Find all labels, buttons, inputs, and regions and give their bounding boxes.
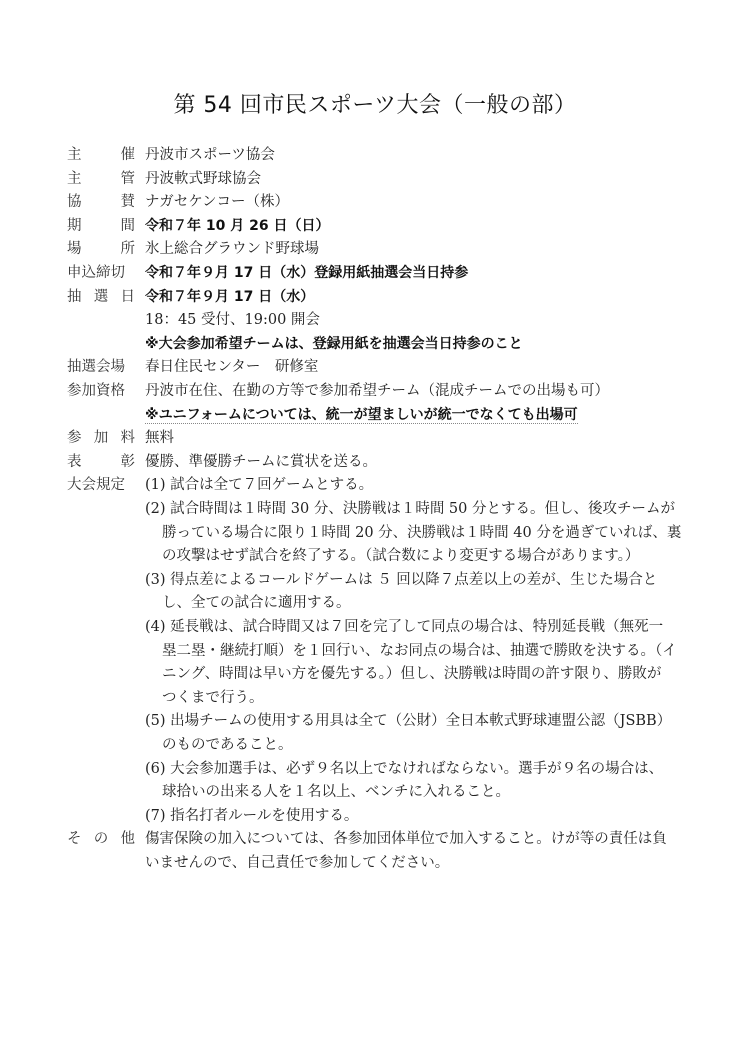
field-label: 協賛 — [67, 190, 135, 214]
field-value: 優勝、準優勝チームに賞状を送る。 — [145, 454, 377, 470]
other-note-line: いませんので、自己責任で参加してください。 — [145, 851, 449, 875]
field-value: 氷上総合グラウンド野球場 — [145, 241, 319, 257]
field-label: その他 — [67, 827, 135, 851]
field-label-char: 所 — [121, 237, 136, 261]
field-label-char: 抽選会場 — [67, 355, 125, 379]
field-value: 令和７年９月 17 日（水）登録用紙抽選会当日持参 — [145, 265, 468, 281]
field-value: ※ユニフォームについては、統一が望ましいが統一でなくても出場可 — [145, 407, 578, 424]
field-label: 大会規定 — [67, 473, 135, 497]
field-value-wrap: 無料 — [145, 426, 174, 450]
field-label: 場所 — [67, 237, 135, 261]
field-label-char: 参 — [67, 426, 82, 450]
field-label-char: 主 — [67, 167, 82, 191]
field-label-char: 大会規定 — [67, 473, 125, 497]
rule-item: (1) 試合は全て７回ゲームとする。 — [145, 473, 373, 497]
field-value-wrap: 18：45 受付、19:00 開会 — [145, 308, 320, 332]
field-label: 主催 — [67, 143, 135, 167]
field-label-char: 表 — [67, 450, 82, 474]
document-page: 第 54 回市民スポーツ大会（一般の部） 主催丹波市スポーツ協会主管丹波軟式野球… — [0, 0, 750, 1060]
rule-continuation: 球拾いの出来る人を１名以上、ベンチに入れること。 — [162, 780, 510, 804]
field-label: 抽選会場 — [67, 355, 135, 379]
field-label-char: 期 — [67, 214, 82, 238]
field-value: ※大会参加希望チームは、登録用紙を抽選会当日持参のこと — [145, 336, 523, 352]
field-value: 18：45 受付、19:00 開会 — [145, 312, 320, 328]
rule-item: (7) 指名打者ルールを使用する。 — [145, 804, 358, 828]
field-label-char: 主 — [67, 143, 82, 167]
field-label-char: 料 — [121, 426, 136, 450]
field-label-char: 選 — [94, 285, 109, 309]
rule-continuation: し、全ての試合に適用する。 — [162, 591, 351, 615]
field-value-wrap: 丹波市スポーツ協会 — [145, 143, 275, 167]
field-value-wrap: 令和７年 10 月 26 日（日） — [145, 214, 329, 238]
field-value-wrap: 優勝、準優勝チームに賞状を送る。 — [145, 450, 377, 474]
field-value: 令和７年９月 17 日（水） — [145, 289, 314, 305]
field-label: 参加資格 — [67, 379, 135, 403]
field-label: 抽選日 — [67, 285, 135, 309]
rule-continuation: の攻撃はせず試合を終了する。（試合数により変更する場合があります。） — [162, 544, 639, 568]
field-label-char: 他 — [121, 827, 136, 851]
field-label-char: 彰 — [121, 450, 136, 474]
field-value: 丹波市スポーツ協会 — [145, 147, 275, 163]
field-label-char: 日 — [121, 285, 136, 309]
rule-continuation: つくまで行う。 — [162, 686, 264, 710]
rule-item: (4) 延長戦は、試合時間又は７回を完了して同点の場合は、特別延長戦（無死一 — [145, 615, 663, 639]
document-title: 第 54 回市民スポーツ大会（一般の部） — [0, 88, 750, 119]
field-value: 春日住民センター 研修室 — [145, 359, 318, 375]
field-label-char: そ — [67, 827, 82, 851]
field-label-char: 間 — [121, 214, 136, 238]
field-label: 申込締切 — [67, 261, 135, 285]
field-label: 期間 — [67, 214, 135, 238]
field-label-char: の — [94, 827, 109, 851]
field-value-wrap: 令和７年９月 17 日（水） — [145, 285, 314, 309]
rule-continuation: 勝っている場合に限り１時間 20 分、決勝戦は１時間 40 分を過ぎていれば、裏 — [162, 521, 681, 545]
field-label-char: 協 — [67, 190, 82, 214]
field-value-wrap: 丹波軟式野球協会 — [145, 167, 261, 191]
field-value-wrap: ※ユニフォームについては、統一が望ましいが統一でなくても出場可 — [145, 403, 578, 427]
field-label: 主管 — [67, 167, 135, 191]
field-value-wrap: 春日住民センター 研修室 — [145, 355, 318, 379]
rule-item: (5) 出場チームの使用する用具は全て（公財）全日本軟式野球連盟公認（JSBB） — [145, 709, 671, 733]
rule-item: (3) 得点差によるコールドゲームは ５ 回以降７点差以上の差が、生じた場合と — [145, 568, 657, 592]
field-value: 丹波軟式野球協会 — [145, 171, 261, 187]
other-note-line: 傷害保険の加入については、各参加団体単位で加入すること。けが等の責任は負 — [145, 827, 667, 851]
rule-continuation: ニング、時間は早い方を優先する。）但し、決勝戦は時間の許す限り、勝敗が — [162, 662, 661, 686]
field-label-char: 抽 — [67, 285, 82, 309]
rule-item: (6) 大会参加選手は、必ず９名以上でなければならない。選手が９名の場合は、 — [145, 757, 663, 781]
field-value-wrap: 丹波市在住、在勤の方等で参加希望チーム（混成チームでの出場も可） — [145, 379, 609, 403]
field-value-wrap: ナガセケンコー（株） — [145, 190, 289, 214]
field-value-wrap: 令和７年９月 17 日（水）登録用紙抽選会当日持参 — [145, 261, 468, 285]
field-label-char: 申込締切 — [67, 261, 125, 285]
rule-item: (2) 試合時間は１時間 30 分、決勝戦は１時間 50 分とする。但し、後攻チ… — [145, 497, 675, 521]
field-value: 令和７年 10 月 26 日（日） — [145, 218, 329, 234]
field-label-char: 催 — [121, 143, 136, 167]
field-label-char: 管 — [121, 167, 136, 191]
field-label-char: 賛 — [121, 190, 136, 214]
field-value-wrap: ※大会参加希望チームは、登録用紙を抽選会当日持参のこと — [145, 332, 523, 356]
rule-continuation: 塁二塁・継続打順）を１回行い、なお同点の場合は、抽選で勝敗を決する。（イ — [162, 639, 677, 663]
field-value-wrap: 氷上総合グラウンド野球場 — [145, 237, 319, 261]
field-value: ナガセケンコー（株） — [145, 194, 289, 210]
field-label-char: 加 — [94, 426, 109, 450]
field-label: 参加料 — [67, 426, 135, 450]
field-label-char: 場 — [67, 237, 82, 261]
field-value: 丹波市在住、在勤の方等で参加希望チーム（混成チームでの出場も可） — [145, 383, 609, 399]
field-label-char: 参加資格 — [67, 379, 125, 403]
rule-continuation: のものであること。 — [162, 733, 293, 757]
field-label: 表彰 — [67, 450, 135, 474]
field-value: 無料 — [145, 430, 174, 446]
